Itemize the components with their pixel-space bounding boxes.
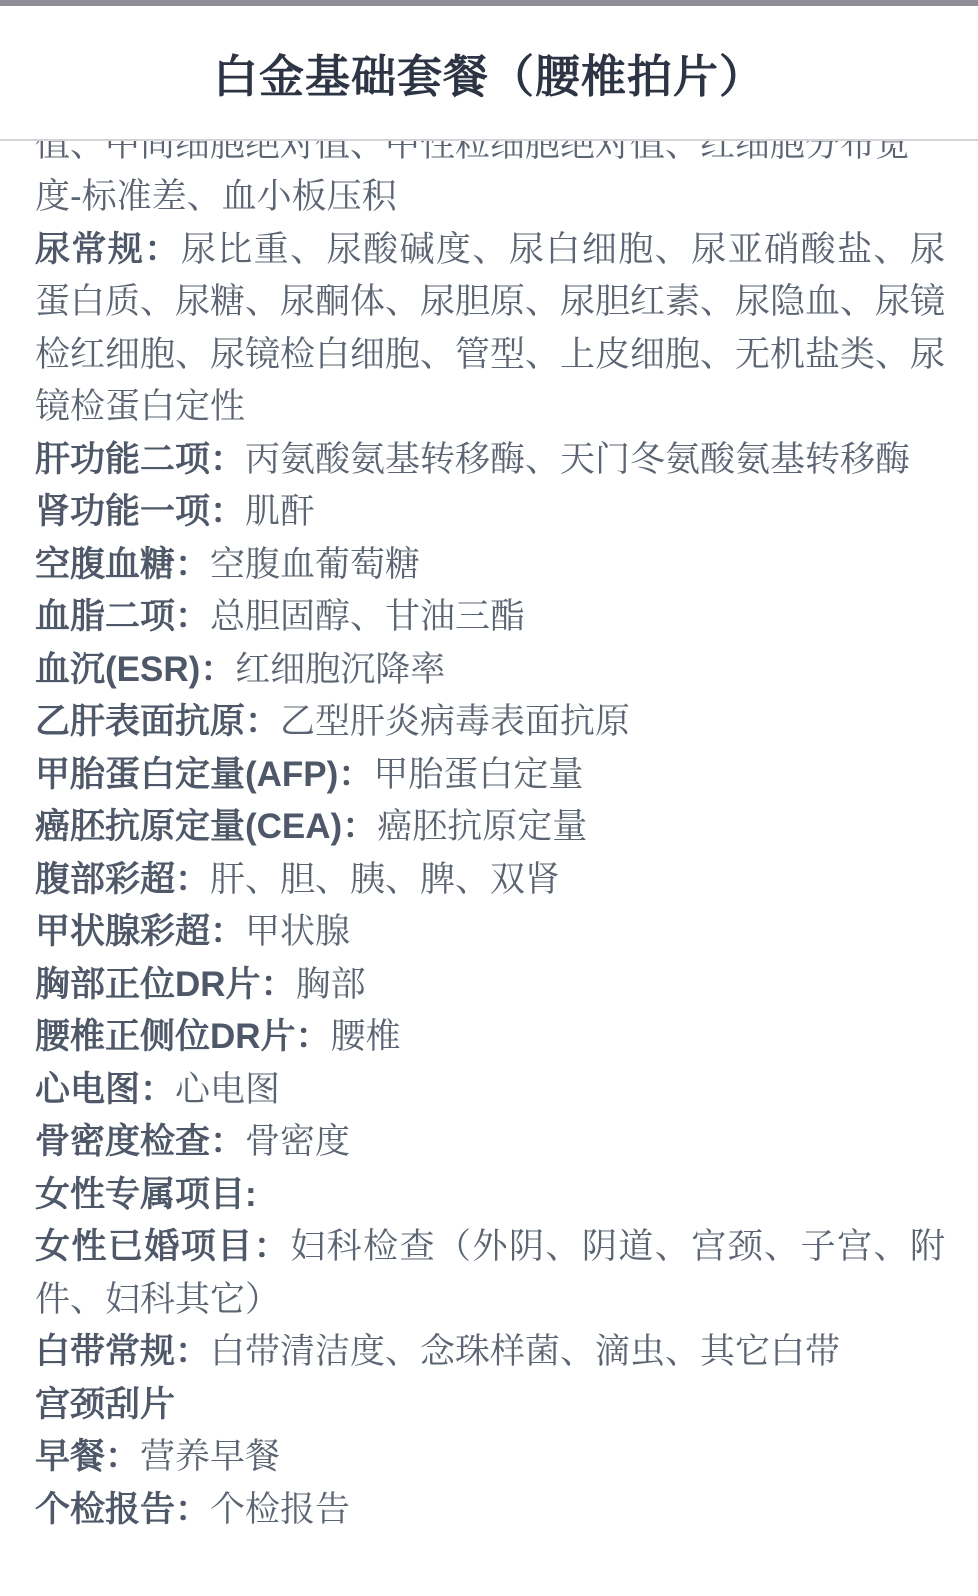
package-item: 腹部彩超：肝、胆、胰、脾、双肾 — [35, 854, 945, 907]
item-value: 甲胎蛋白定量 — [373, 755, 583, 794]
package-item: 骨密度检查：骨密度 — [35, 1116, 945, 1169]
package-content-scroll[interactable]: 值、中间细胞绝对值、中性粒细胞绝对值、红细胞分布宽 度-标准差、血小板压积 尿常… — [0, 141, 978, 1596]
package-item: 癌胚抗原定量(CEA)：癌胚抗原定量 — [35, 801, 945, 854]
item-label: 肾功能一项： — [35, 492, 245, 531]
item-value: 心电图 — [175, 1070, 280, 1109]
clipped-text-line-text: 值、中间细胞绝对值、中性粒细胞绝对值、红细胞分布宽 — [35, 141, 945, 171]
item-label: 个检报告： — [35, 1490, 210, 1529]
package-item: 心电图：心电图 — [35, 1064, 945, 1117]
item-label: 癌胚抗原定量(CEA)： — [35, 807, 377, 846]
package-item: 肝功能二项：丙氨酸氨基转移酶、天门冬氨酸氨基转移酶 — [35, 434, 945, 487]
item-value: 肌酐 — [245, 492, 315, 531]
item-label: 尿常规： — [35, 230, 181, 269]
package-item: 女性已婚项目：妇科检查（外阴、阴道、宫颈、子宫、附件、妇科其它） — [35, 1221, 945, 1326]
package-item: 腰椎正侧位DR片：腰椎 — [35, 1011, 945, 1064]
item-label: 血沉(ESR)： — [35, 650, 235, 689]
item-label: 空腹血糖： — [35, 545, 210, 584]
item-value: 红细胞沉降率 — [235, 650, 445, 689]
package-item: 早餐：营养早餐 — [35, 1431, 945, 1484]
item-label: 腹部彩超： — [35, 860, 210, 899]
item-label: 甲状腺彩超： — [35, 912, 245, 951]
package-item: 尿常规：尿比重、尿酸碱度、尿白细胞、尿亚硝酸盐、尿蛋白质、尿糖、尿酮体、尿胆原、… — [35, 224, 945, 434]
package-item: 乙肝表面抗原：乙型肝炎病毒表面抗原 — [35, 696, 945, 749]
item-label: 胸部正位DR片： — [35, 965, 296, 1004]
package-item: 胸部正位DR片：胸部 — [35, 959, 945, 1012]
item-value: 丙氨酸氨基转移酶、天门冬氨酸氨基转移酶 — [245, 440, 910, 479]
item-value: 甲状腺 — [245, 912, 350, 951]
package-item: 宫颈刮片 — [35, 1379, 945, 1432]
package-item: 甲胎蛋白定量(AFP)：甲胎蛋白定量 — [35, 749, 945, 802]
item-label: 女性已婚项目： — [35, 1227, 290, 1266]
item-label: 女性专属项目: — [35, 1175, 257, 1214]
item-value: 癌胚抗原定量 — [377, 807, 587, 846]
item-label: 血脂二项： — [35, 597, 210, 636]
item-label: 白带常规： — [35, 1332, 210, 1371]
package-item: 空腹血糖：空腹血葡萄糖 — [35, 539, 945, 592]
package-item: 肾功能一项：肌酐 — [35, 486, 945, 539]
package-item: 个检报告：个检报告 — [35, 1484, 945, 1537]
item-value: 胸部 — [296, 965, 366, 1004]
item-label: 肝功能二项： — [35, 440, 245, 479]
item-value: 总胆固醇、甘油三酯 — [210, 597, 525, 636]
clipped-text-line: 值、中间细胞绝对值、中性粒细胞绝对值、红细胞分布宽 — [35, 141, 945, 171]
header: 白金基础套餐（腰椎拍片） — [0, 6, 978, 139]
item-label: 骨密度检查： — [35, 1122, 245, 1161]
package-item: 血沉(ESR)：红细胞沉降率 — [35, 644, 945, 697]
item-value: 乙型肝炎病毒表面抗原 — [280, 702, 630, 741]
clipped-text-continuation: 度-标准差、血小板压积 — [35, 171, 945, 224]
item-value: 个检报告 — [210, 1490, 350, 1529]
item-label: 乙肝表面抗原： — [35, 702, 280, 741]
item-value: 腰椎 — [331, 1017, 401, 1056]
package-item: 女性专属项目: — [35, 1169, 945, 1222]
item-value: 肝、胆、胰、脾、双肾 — [210, 860, 560, 899]
item-label: 宫颈刮片 — [35, 1385, 175, 1424]
item-label: 心电图： — [35, 1070, 175, 1109]
item-value: 营养早餐 — [140, 1437, 280, 1476]
package-item: 甲状腺彩超：甲状腺 — [35, 906, 945, 959]
page-title: 白金基础套餐（腰椎拍片） — [213, 40, 765, 105]
package-item: 血脂二项：总胆固醇、甘油三酯 — [35, 591, 945, 644]
item-label: 甲胎蛋白定量(AFP)： — [35, 755, 373, 794]
package-items: 尿常规：尿比重、尿酸碱度、尿白细胞、尿亚硝酸盐、尿蛋白质、尿糖、尿酮体、尿胆原、… — [35, 224, 945, 1537]
item-value: 白带清洁度、念珠样菌、滴虫、其它白带 — [210, 1332, 840, 1371]
item-value: 骨密度 — [245, 1122, 350, 1161]
item-label: 腰椎正侧位DR片： — [35, 1017, 331, 1056]
item-value: 空腹血葡萄糖 — [210, 545, 420, 584]
item-label: 早餐： — [35, 1437, 140, 1476]
package-detail-screen: 白金基础套餐（腰椎拍片） 值、中间细胞绝对值、中性粒细胞绝对值、红细胞分布宽 度… — [0, 0, 978, 1596]
package-item: 白带常规：白带清洁度、念珠样菌、滴虫、其它白带 — [35, 1326, 945, 1379]
